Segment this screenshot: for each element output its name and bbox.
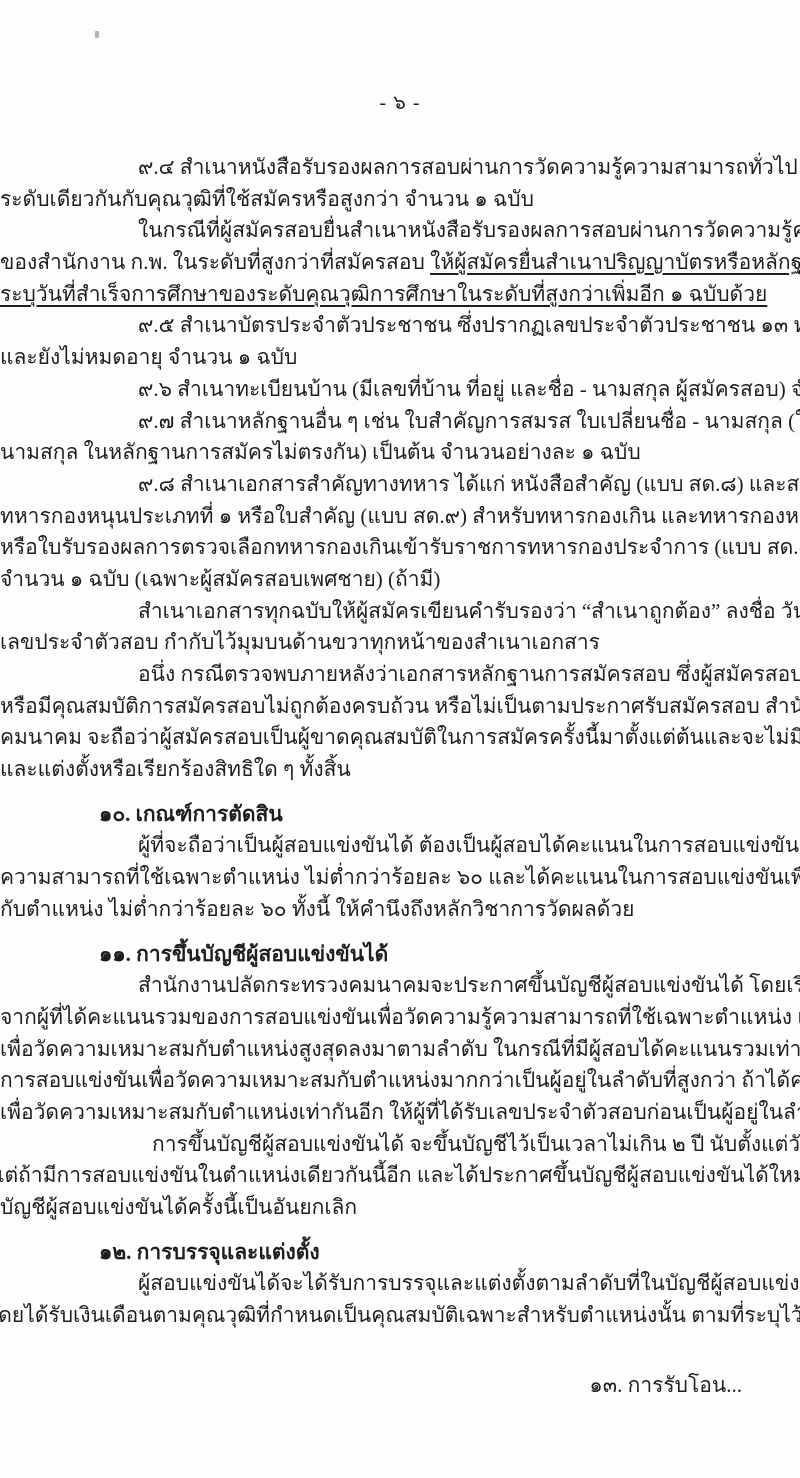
text-run: ระดับเดียวกันกับคุณวุฒิที่ใช้สมัครหรือสู… (0, 187, 534, 211)
text-run: จำนวน ๑ ฉบับ (เฉพาะผู้สมัครสอบเพศชาย) (ถ… (0, 567, 440, 591)
document-line: ผู้สอบแข่งขันได้จะได้รับการบรรจุและแต่งต… (0, 1268, 800, 1300)
document-line: ของสำนักงาน ก.พ. ในระดับที่สูงกว่าที่สมั… (0, 247, 800, 279)
text-run: การขึ้นบัญชีผู้สอบแข่งขันได้ จะขึ้นบัญชี… (152, 1132, 800, 1156)
page-continuation-note: ๑๓. การรับโอน... (0, 1370, 800, 1402)
document-line: ๙.๖ สำเนาทะเบียนบ้าน (มีเลขที่บ้าน ที่อย… (0, 374, 800, 406)
document-line: ๙.๘ สำเนาเอกสารสำคัญทางทหาร ได้แก่ หนังส… (0, 469, 800, 501)
text-run: ทหารกองหนุนประเภทที่ ๑ หรือใบสำคัญ (แบบ … (0, 504, 800, 528)
document-line: การขึ้นบัญชีผู้สอบแข่งขันได้ จะขึ้นบัญชี… (0, 1129, 800, 1161)
text-run: ผู้สอบแข่งขันได้จะได้รับการบรรจุและแต่งต… (138, 1271, 800, 1295)
document-line: อนึ่ง กรณีตรวจพบภายหลังว่าเอกสารหลักฐานก… (0, 659, 800, 691)
document-line: บัญชีผู้สอบแข่งขันได้ครั้งนี้เป็นอันยกเล… (0, 1192, 800, 1224)
page-number: - ๖ - (0, 86, 800, 120)
text-run: นามสกุล ในหลักฐานการสมัครไม่ตรงกัน) เป็น… (0, 440, 641, 464)
document-line: จำนวน ๑ ฉบับ (เฉพาะผู้สมัครสอบเพศชาย) (ถ… (0, 564, 800, 596)
scan-artifact (95, 31, 99, 38)
document-line: เลขประจำตัวสอบ กำกับไว้มุมบนด้านขวาทุกหน… (0, 627, 800, 659)
text-run: ๙.๔ สำเนาหนังสือรับรองผลการสอบผ่านการวัด… (138, 155, 800, 179)
document-line: สำนักงานปลัดกระทรวงคมนาคมจะประกาศขึ้นบัญ… (0, 970, 800, 1002)
document-line: จากผู้ที่ได้คะแนนรวมของการสอบแข่งขันเพื่… (0, 1002, 800, 1034)
text-run: ในกรณีที่ผู้สมัครสอบยื่นสำเนาหนังสือรับร… (138, 218, 800, 242)
document-line: และยังไม่หมดอายุ จำนวน ๑ ฉบับ (0, 342, 800, 374)
text-run: โดยได้รับเงินเดือนตามคุณวุฒิที่กำหนดเป็น… (0, 1303, 800, 1327)
document-line: โดยได้รับเงินเดือนตามคุณวุฒิที่กำหนดเป็น… (0, 1300, 800, 1332)
document-line: ผู้ที่จะถือว่าเป็นผู้สอบแข่งขันได้ ต้องเ… (0, 830, 800, 862)
document-line: สำเนาเอกสารทุกฉบับให้ผู้สมัครเขียนคำรับร… (0, 596, 800, 628)
text-run: คมนาคม จะถือว่าผู้สมัครสอบเป็นผู้ขาดคุณส… (0, 725, 800, 749)
text-run: จากผู้ที่ได้คะแนนรวมของการสอบแข่งขันเพื่… (0, 1005, 800, 1029)
document-line: กับตำแหน่ง ไม่ต่ำกว่าร้อยละ ๖๐ ทั้งนี้ ใ… (0, 894, 800, 926)
text-run: กับตำแหน่ง ไม่ต่ำกว่าร้อยละ ๖๐ ทั้งนี้ ใ… (0, 897, 634, 921)
text-run: ความสามารถที่ใช้เฉพาะตำแหน่ง ไม่ต่ำกว่าร… (0, 865, 800, 889)
text-run: ๙.๕ สำเนาบัตรประจำตัวประชาชน ซึ่งปรากฏเล… (138, 313, 800, 337)
text-run: เพื่อวัดความเหมาะสมกับตำแหน่งสูงสุดลงมาต… (0, 1037, 800, 1061)
text-run: ๙.๗ สำเนาหลักฐานอื่น ๆ เช่น ใบสำคัญการสม… (138, 409, 800, 433)
document-line: เพื่อวัดความเหมาะสมกับตำแหน่งเท่ากันอีก … (0, 1097, 800, 1129)
document-line: ระดับเดียวกันกับคุณวุฒิที่ใช้สมัครหรือสู… (0, 184, 800, 216)
text-run: หรือใบรับรองผลการตรวจเลือกทหารกองเกินเข้… (0, 535, 800, 559)
text-run: การสอบแข่งขันเพื่อวัดความเหมาะสมกับตำแหน… (0, 1068, 800, 1092)
text-run: และยังไม่หมดอายุ จำนวน ๑ ฉบับ (0, 345, 297, 369)
document-line: เพื่อวัดความเหมาะสมกับตำแหน่งสูงสุดลงมาต… (0, 1034, 800, 1066)
document-line: นามสกุล ในหลักฐานการสมัครไม่ตรงกัน) เป็น… (0, 437, 800, 469)
document-line: ๙.๔ สำเนาหนังสือรับรองผลการสอบผ่านการวัด… (0, 152, 800, 184)
text-run: ของสำนักงาน ก.พ. ในระดับที่สูงกว่าที่สมั… (0, 250, 430, 274)
document-body: ๙.๔ สำเนาหนังสือรับรองผลการสอบผ่านการวัด… (0, 152, 800, 1332)
document-line: ความสามารถที่ใช้เฉพาะตำแหน่ง ไม่ต่ำกว่าร… (0, 862, 800, 894)
section-heading: ๑๑. การขึ้นบัญชีผู้สอบแข่งขันได้ (0, 939, 800, 971)
document-line: หรือมีคุณสมบัติการสมัครสอบไม่ถูกต้องครบถ… (0, 691, 800, 723)
document-line: และแต่งตั้งหรือเรียกร้องสิทธิใด ๆ ทั้งสิ… (0, 754, 800, 786)
document-line: ๙.๕ สำเนาบัตรประจำตัวประชาชน ซึ่งปรากฏเล… (0, 310, 800, 342)
text-run: ๑๒. การบรรจุและแต่งตั้ง (99, 1240, 320, 1264)
text-run: ๙.๘ สำเนาเอกสารสำคัญทางทหาร ได้แก่ หนังส… (138, 472, 800, 496)
document-line: ระบุวันที่สำเร็จการศึกษาของระดับคุณวุฒิก… (0, 279, 800, 311)
text-run: สำนักงานปลัดกระทรวงคมนาคมจะประกาศขึ้นบัญ… (138, 973, 800, 997)
document-line: ทหารกองหนุนประเภทที่ ๑ หรือใบสำคัญ (แบบ … (0, 501, 800, 533)
underlined-text: ให้ผู้สมัครยื่นสำเนาปริญญาบัตรหรือหลักฐา… (430, 250, 800, 274)
document-line: หรือใบรับรองผลการตรวจเลือกทหารกองเกินเข้… (0, 532, 800, 564)
underlined-text: ระบุวันที่สำเร็จการศึกษาของระดับคุณวุฒิก… (0, 282, 767, 306)
text-run: อนึ่ง กรณีตรวจพบภายหลังว่าเอกสารหลักฐานก… (138, 662, 800, 686)
text-run: เพื่อวัดความเหมาะสมกับตำแหน่งเท่ากันอีก … (0, 1100, 800, 1124)
text-run: ๑๐. เกณฑ์การตัดสิน (99, 802, 283, 826)
text-run: และแต่งตั้งหรือเรียกร้องสิทธิใด ๆ ทั้งสิ… (0, 757, 351, 781)
text-run: สำเนาเอกสารทุกฉบับให้ผู้สมัครเขียนคำรับร… (138, 599, 800, 623)
document-line: แต่ถ้ามีการสอบแข่งขันในตำแหน่งเดียวกันนี… (0, 1160, 800, 1192)
text-run: ๙.๖ สำเนาทะเบียนบ้าน (มีเลขที่บ้าน ที่อย… (138, 377, 800, 401)
document-line: การสอบแข่งขันเพื่อวัดความเหมาะสมกับตำแหน… (0, 1065, 800, 1097)
text-run: บัญชีผู้สอบแข่งขันได้ครั้งนี้เป็นอันยกเล… (0, 1195, 357, 1219)
section-heading: ๑๐. เกณฑ์การตัดสิน (0, 799, 800, 831)
text-run: แต่ถ้ามีการสอบแข่งขันในตำแหน่งเดียวกันนี… (0, 1163, 800, 1187)
document-page: - ๖ - ๙.๔ สำเนาหนังสือรับรองผลการสอบผ่าน… (0, 0, 800, 1478)
document-line: ในกรณีที่ผู้สมัครสอบยื่นสำเนาหนังสือรับร… (0, 215, 800, 247)
document-line: คมนาคม จะถือว่าผู้สมัครสอบเป็นผู้ขาดคุณส… (0, 722, 800, 754)
text-run: ผู้ที่จะถือว่าเป็นผู้สอบแข่งขันได้ ต้องเ… (138, 833, 800, 857)
text-run: หรือมีคุณสมบัติการสมัครสอบไม่ถูกต้องครบถ… (0, 694, 800, 718)
text-run: เลขประจำตัวสอบ กำกับไว้มุมบนด้านขวาทุกหน… (0, 630, 600, 654)
section-heading: ๑๒. การบรรจุและแต่งตั้ง (0, 1237, 800, 1269)
text-run: ๑๑. การขึ้นบัญชีผู้สอบแข่งขันได้ (99, 942, 388, 966)
document-line: ๙.๗ สำเนาหลักฐานอื่น ๆ เช่น ใบสำคัญการสม… (0, 406, 800, 438)
